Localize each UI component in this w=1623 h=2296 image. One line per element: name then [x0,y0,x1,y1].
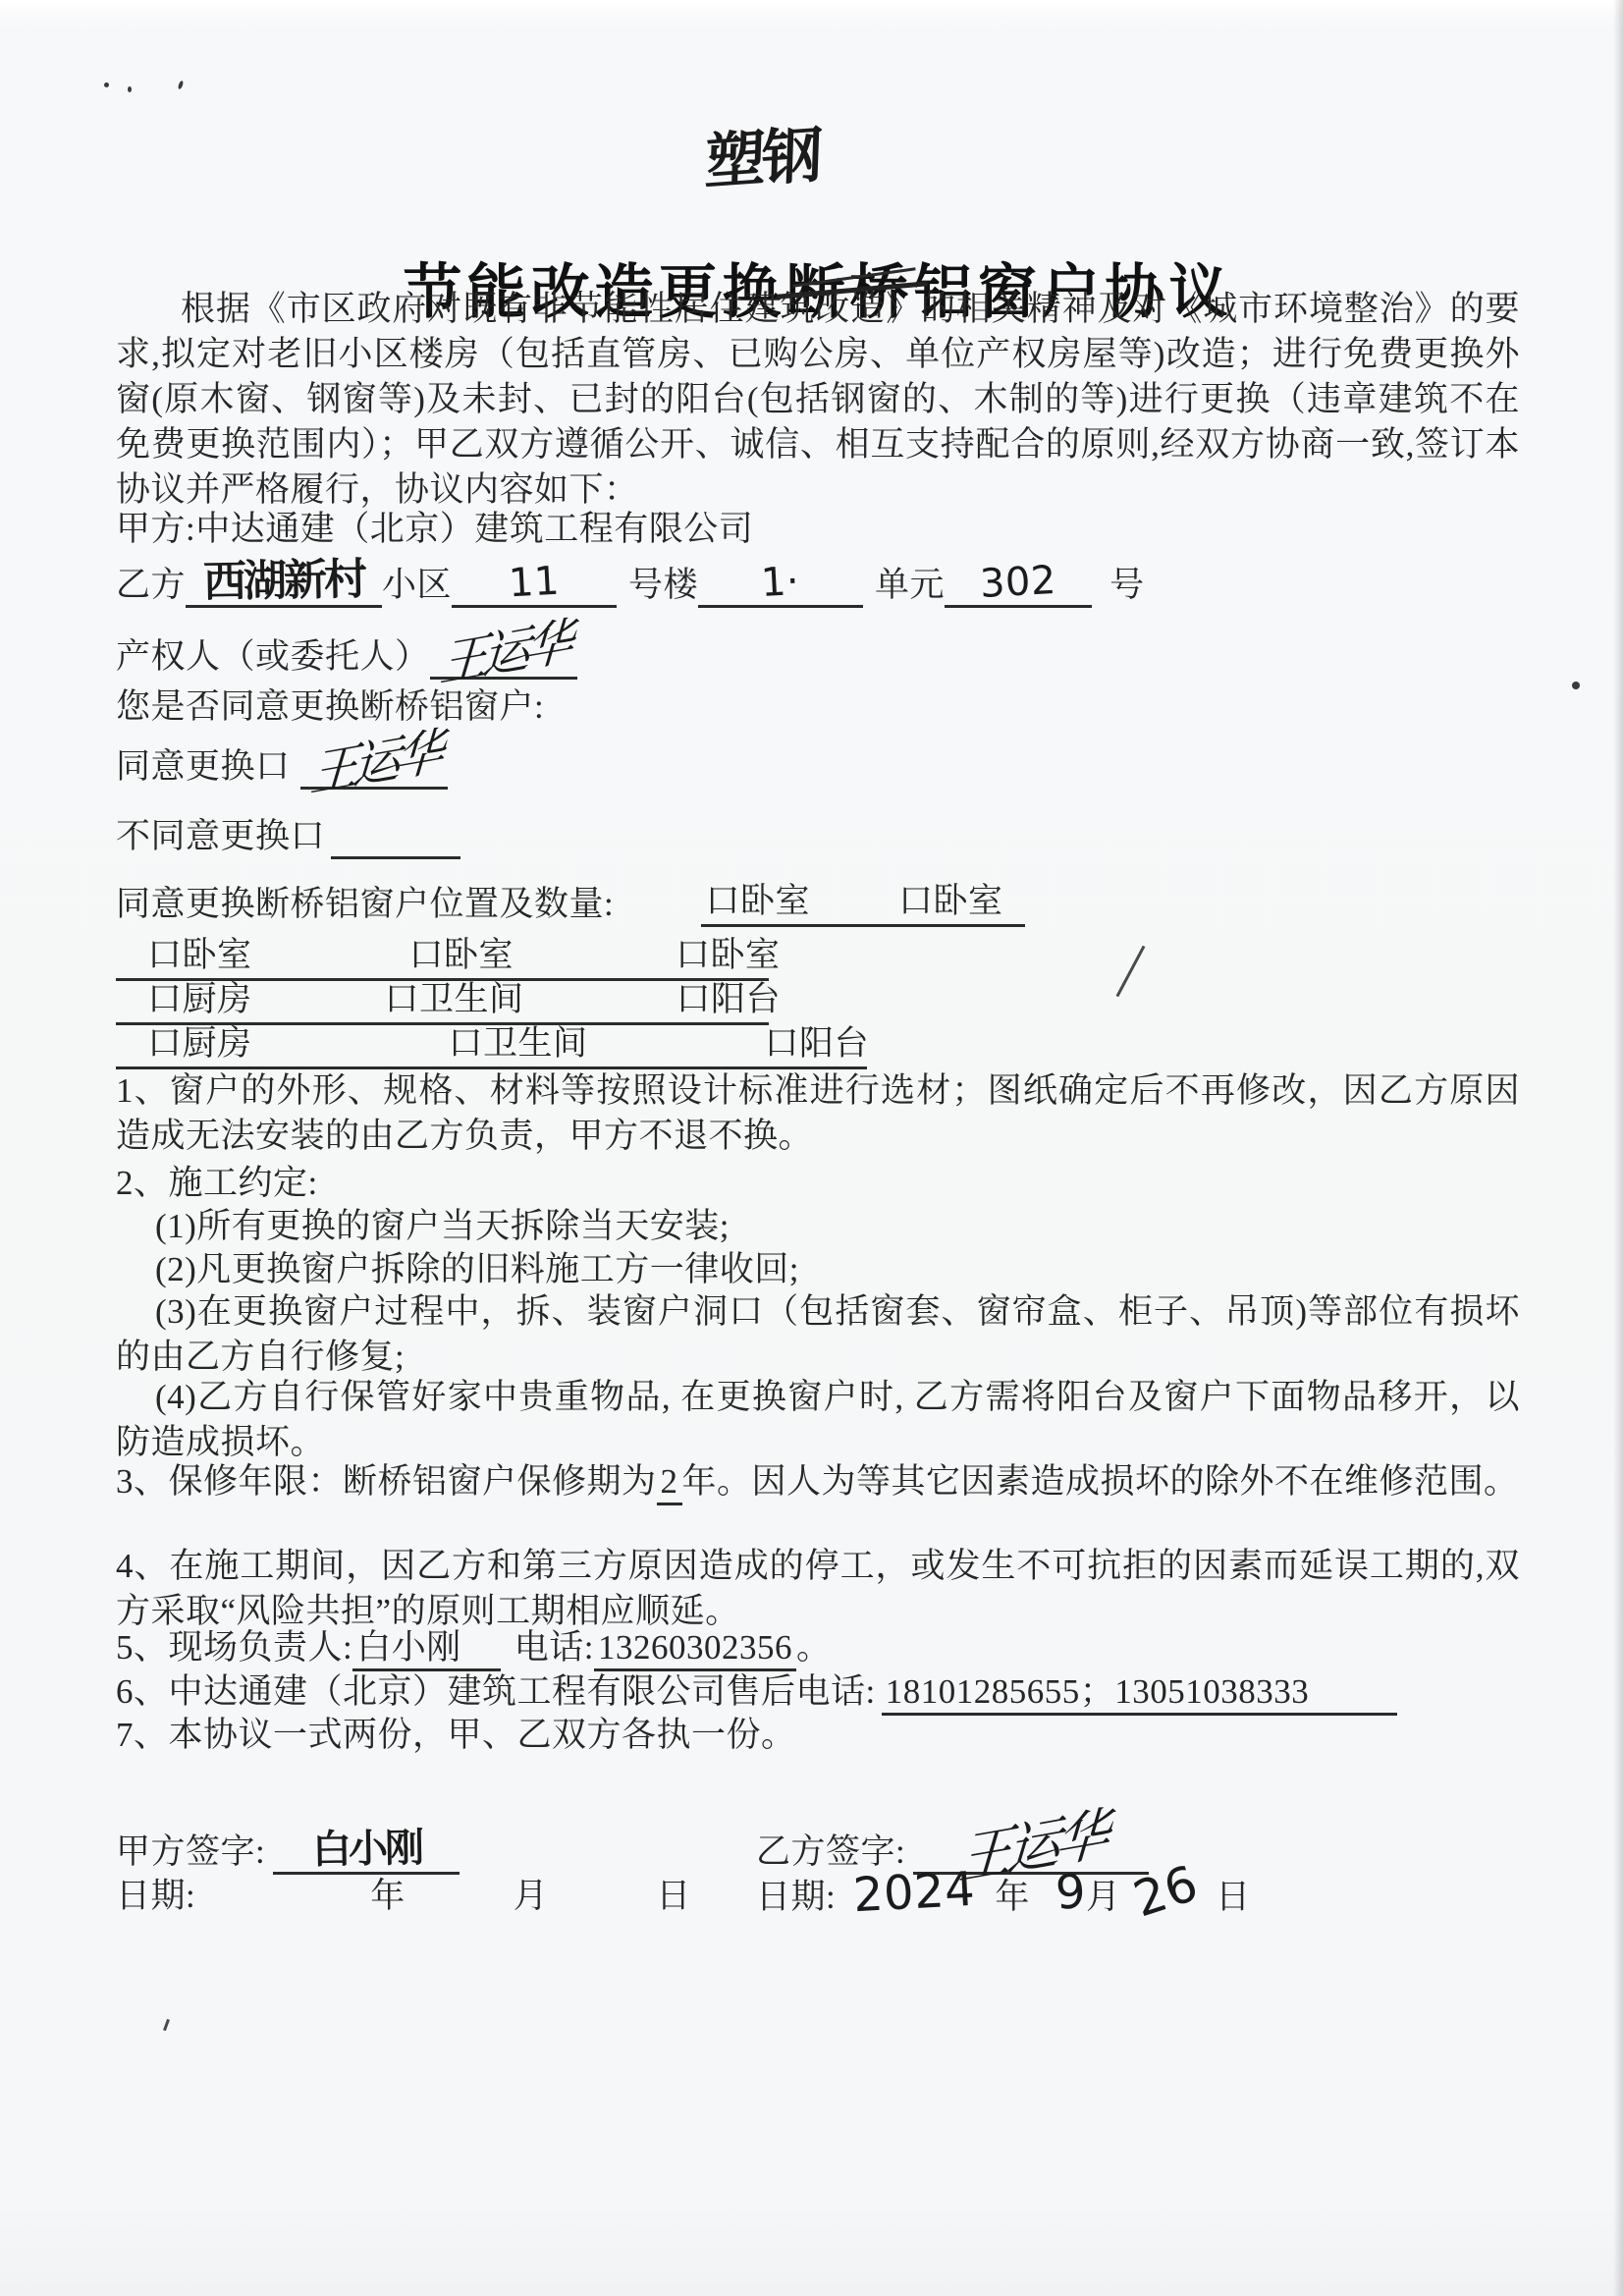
community-handwritten: 西湖新村 [203,561,365,603]
party-b-day-label: 日 [1216,1878,1251,1916]
question-line: 您是否同意更换断桥铝窗户: [116,684,544,730]
party-b-year-label: 年 [995,1878,1030,1916]
pen-stroke-artifact [163,2019,170,2031]
agree-signature-field: 王运华 [300,743,448,790]
party-b-label: 乙方 [116,566,186,604]
clause-1: 1、窗户的外形、规格、材料等按照设计标准进行选材；图纸确定后不再修改，因乙方原因… [116,1068,1520,1159]
disagree-label: 不同意更换口 [116,817,325,855]
party-b-line: 乙方西湖新村小区11号楼1·单元302号 [116,562,1145,608]
room-number-handwritten: 302 [979,563,1057,602]
intro-paragraph: 根据《市区政府对既有非节能性居住建筑改造》的相关精神及对《城市环境整治》的要求,… [116,287,1520,513]
positions-row-2: 口厨房 口卫生间 口阳台 [116,977,769,1025]
site-manager-name: 白小刚 [352,1628,501,1671]
clause-3-prefix: 3、保修年限：断桥铝窗户保修期为 [116,1462,657,1501]
party-b-month-label: 月 [1086,1878,1121,1916]
positions-header-line: 同意更换断桥铝窗户位置及数量: 口卧室 口卧室 [116,879,1025,927]
checkbox-bathroom: 口卫生间 [385,977,524,1022]
building-number-field: 11 [452,562,617,608]
sub-clause-2-4: (4)乙方自行保管好家中贵重物品, 在更换窗户时, 乙方需将阳台及窗户下面物品移… [116,1375,1520,1465]
sub-clause-2-2: (2)凡更换窗户拆除的旧料施工方一律收回; [116,1247,799,1292]
unit-number-field: 1· [698,562,863,608]
ink-speck [178,81,185,90]
clause-5: 5、现场负责人:白小刚电话:13260302356。 [116,1625,832,1670]
clause-6: 6、中达通建（北京）建筑工程有限公司售后电话:18101285655；13051… [116,1669,1397,1715]
party-b-year-handwritten: 2024 [852,1872,976,1913]
checkbox-bathroom: 口卫生间 [449,1021,588,1066]
ink-speck [104,82,109,87]
party-a-signature-label: 甲方签字: [116,1832,265,1871]
agree-label: 同意更换口 [116,747,291,786]
checkbox-bedroom: 口卧室 [705,879,810,924]
party-a-signature-handwritten: 白小刚 [311,1829,421,1870]
after-sales-phones: 18101285655；13051038333 [882,1672,1398,1716]
party-b-day-handwritten: 26 [1130,1865,1202,1918]
party-b-date-line: 日期:2024年9月26日 [756,1874,1251,1920]
room-label: 号 [1109,566,1145,604]
checkbox-bedroom: 口卧室 [147,933,252,978]
building-label: 号楼 [628,566,698,604]
party-b-date-label: 日期: [756,1878,836,1916]
disagree-blank-field [331,813,460,859]
party-a-date-label: 日期: [116,1877,195,1915]
month-label: 月 [514,1877,549,1915]
clause-5-end: 。 [796,1628,832,1667]
owner-label: 产权人（或委托人） [116,637,430,676]
room-number-field: 302 [945,562,1092,608]
year-label: 年 [370,1877,406,1915]
day-label: 日 [656,1877,691,1915]
party-a-signature-line: 甲方签字:白小刚 [116,1829,460,1875]
community-field: 西湖新村 [186,562,382,608]
clause-6-label: 6、中达通建（北京）建筑工程有限公司售后电话: [116,1672,876,1711]
handwritten-title-annotation: 塑钢 [704,106,821,202]
party-a-line: 甲方:中达通建（北京）建筑工程有限公司 [116,507,753,552]
community-suffix-label: 小区 [382,566,452,604]
ink-speck [1572,682,1580,689]
positions-label: 同意更换断桥铝窗户位置及数量: [116,885,614,923]
party-a-signature-field: 白小刚 [273,1829,460,1875]
agree-line: 同意更换口王运华 [116,743,448,790]
clause-2: 2、施工约定: [116,1161,318,1206]
checkbox-bedroom: 口卧室 [409,933,514,978]
sub-clause-2-1: (1)所有更换的窗户当天拆除当天安装; [116,1204,730,1249]
checkbox-bedroom: 口卧室 [898,879,1003,924]
party-a-date-line: 日期:年月日 [116,1874,691,1919]
owner-signature-handwritten: 王运华 [438,622,568,684]
positions-header-checkboxes: 口卧室 口卧室 [701,879,1025,927]
owner-signature-field: 王运华 [430,633,577,680]
checkbox-balcony: 口阳台 [676,977,782,1022]
checkbox-bedroom: 口卧室 [676,933,781,978]
party-b-signature-label: 乙方签字: [756,1832,905,1871]
clause-3: 3、保修年限：断桥铝窗户保修期为2年。因人为等其它因素造成损坏的除外不在维修范围… [116,1459,1520,1504]
checkbox-kitchen: 口厨房 [147,977,252,1022]
sub-clause-2-3: (3)在更换窗户过程中，拆、装窗户洞口（包括窗套、窗帘盒、柜子、吊顶)等部位有损… [116,1289,1520,1380]
clause-5-label: 5、现场负责人: [116,1628,352,1667]
clause-7: 7、本协议一式两份，甲、乙双方各执一份。 [116,1713,796,1758]
building-number-handwritten: 11 [508,564,561,602]
pen-stroke-artifact [1116,946,1146,998]
scanned-agreement-page: 塑钢 节能改造更换断桥铝窗户协议 根据《市区政府对既有非节能性居住建筑改造》的相… [0,0,1623,2296]
clause-3-suffix: 年。因人为等其它因素造成损坏的除外不在维修范围。 [682,1462,1519,1501]
agree-signature-handwritten: 王运华 [308,732,439,794]
site-manager-phone: 13260302356 [594,1628,796,1671]
unit-number-handwritten: 1· [761,564,801,601]
positions-row-3: 口厨房 口卫生间 口阳台 [116,1021,867,1069]
disagree-line: 不同意更换口 [116,813,460,859]
clause-4: 4、在施工期间，因乙方和第三方原因造成的停工，或发生不可抗拒的因素而延误工期的,… [116,1544,1520,1634]
ink-speck [128,86,132,92]
warranty-years-value: 2 [657,1462,682,1505]
unit-label: 单元 [875,566,945,604]
positions-row-1: 口卧室 口卧室 口卧室 [116,933,769,981]
paper-right-edge [1613,0,1623,2296]
clause-5-tel-label: 电话: [514,1628,594,1667]
owner-line: 产权人（或委托人）王运华 [116,633,577,680]
party-b-month-handwritten: 9 [1055,1874,1087,1911]
checkbox-balcony: 口阳台 [765,1021,870,1066]
checkbox-kitchen: 口厨房 [147,1021,252,1066]
paper-top-edge [0,0,1623,14]
